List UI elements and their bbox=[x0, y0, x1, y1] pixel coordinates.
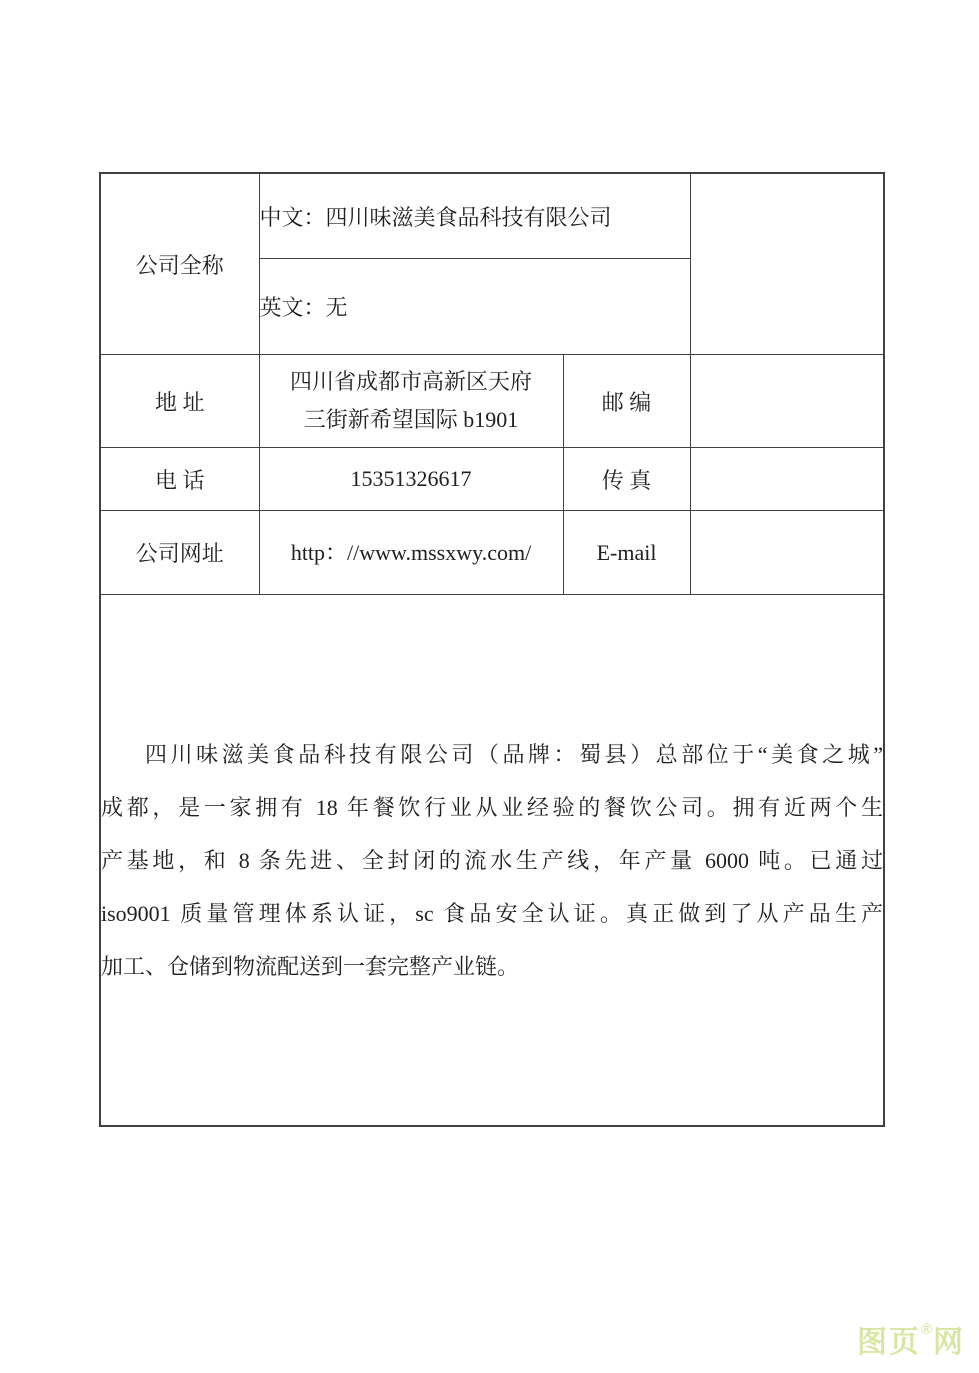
website-value: http：//www.mssxwy.com/ bbox=[291, 540, 531, 565]
watermark-text-right: 网 bbox=[933, 1326, 965, 1359]
address-label-cell: 地 址 bbox=[100, 355, 259, 448]
row-phone: 电 话 15351326617 传 真 bbox=[100, 448, 884, 511]
document-page: 公司全称 中文：四川味滋美食品科技有限公司 英文：无 地 址 bbox=[0, 0, 979, 1373]
email-label: E-mail bbox=[597, 540, 657, 565]
company-name-chinese-text: 中文：四川味滋美食品科技有限公司 bbox=[260, 205, 612, 230]
company-name-side-value-cell bbox=[690, 173, 884, 355]
company-name-label-cell: 公司全称 bbox=[100, 173, 259, 355]
website-label: 公司网址 bbox=[136, 541, 224, 566]
company-name-english-text: 英文：无 bbox=[260, 295, 348, 320]
phone-value: 15351326617 bbox=[351, 466, 472, 491]
phone-value-cell: 15351326617 bbox=[259, 448, 563, 511]
address-value-line1: 四川省成都市高新区天府 bbox=[260, 363, 563, 401]
fax-value-cell bbox=[690, 448, 884, 511]
website-label-cell: 公司网址 bbox=[100, 511, 259, 595]
company-name-english-cell: 英文：无 bbox=[259, 259, 690, 355]
company-info-table: 公司全称 中文：四川味滋美食品科技有限公司 英文：无 地 址 bbox=[99, 172, 885, 1127]
fax-label-cell: 传 真 bbox=[563, 448, 690, 511]
row-company-name-chinese: 公司全称 中文：四川味滋美食品科技有限公司 bbox=[100, 173, 884, 259]
company-name-label: 公司全称 bbox=[136, 253, 224, 278]
row-website: 公司网址 http：//www.mssxwy.com/ E-mail bbox=[100, 511, 884, 595]
postcode-label-cell: 邮 编 bbox=[563, 355, 690, 448]
fax-label: 传 真 bbox=[602, 468, 652, 493]
watermark-text-left: 图页 bbox=[857, 1326, 921, 1359]
company-intro-cell: 四川味滋美食品科技有限公司（品牌：蜀县）总部位于“美食之城” 成都，是一家拥有 … bbox=[100, 595, 884, 1127]
address-value-cell: 四川省成都市高新区天府 三街新希望国际 b1901 bbox=[259, 355, 563, 448]
intro-paragraph-line: 成都，是一家拥有 18 年餐饮行业从业经验的餐饮公司。拥有近两个生 bbox=[101, 781, 883, 834]
website-value-cell: http：//www.mssxwy.com/ bbox=[259, 511, 563, 595]
email-label-cell: E-mail bbox=[563, 511, 690, 595]
registered-trademark-icon: ® bbox=[921, 1321, 932, 1338]
company-name-chinese-cell: 中文：四川味滋美食品科技有限公司 bbox=[259, 173, 690, 259]
phone-label: 电 话 bbox=[155, 468, 205, 493]
phone-label-cell: 电 话 bbox=[100, 448, 259, 511]
address-label: 地 址 bbox=[155, 390, 205, 415]
address-value-line2: 三街新希望国际 b1901 bbox=[260, 401, 563, 439]
intro-paragraph-line: iso9001 质量管理体系认证，sc 食品安全认证。真正做到了从产品生产 bbox=[101, 887, 883, 940]
email-value-cell bbox=[690, 511, 884, 595]
row-address: 地 址 四川省成都市高新区天府 三街新希望国际 b1901 邮 编 bbox=[100, 355, 884, 448]
intro-paragraph-line: 加工、仓储到物流配送到一套完整产业链。 bbox=[101, 940, 883, 993]
postcode-value-cell bbox=[690, 355, 884, 448]
watermark-logo: 图页®网 bbox=[857, 1317, 965, 1361]
intro-paragraph-line: 四川味滋美食品科技有限公司（品牌：蜀县）总部位于“美食之城” bbox=[101, 728, 883, 781]
postcode-label: 邮 编 bbox=[602, 390, 652, 415]
intro-paragraph-line: 产基地，和 8 条先进、全封闭的流水生产线，年产量 6000 吨。已通过 bbox=[101, 834, 883, 887]
row-company-intro: 四川味滋美食品科技有限公司（品牌：蜀县）总部位于“美食之城” 成都，是一家拥有 … bbox=[100, 595, 884, 1127]
